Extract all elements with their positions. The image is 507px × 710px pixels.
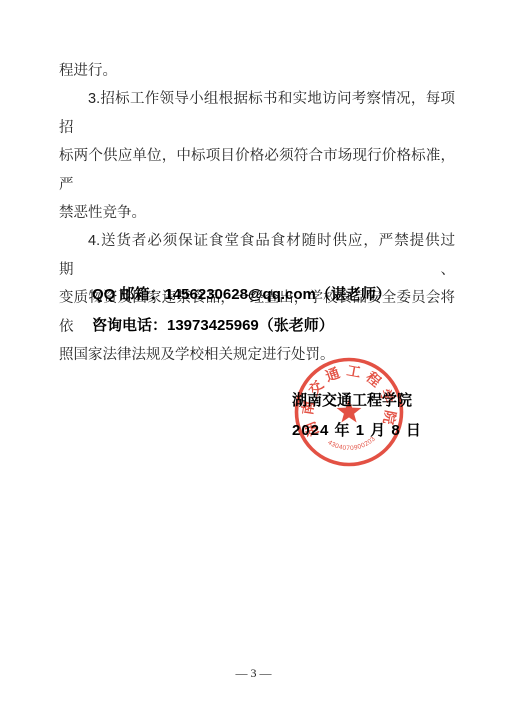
body-line: 禁恶性竞争。 (59, 199, 455, 227)
page-number: — 3 — (0, 666, 507, 681)
body-line: 标两个供应单位，中标项目价格必须符合市场现行价格标准，严 (59, 142, 455, 199)
body-line: 3.招标工作领导小组根据标书和实地访问考察情况，每项招 (59, 85, 455, 142)
document-page: 程进行。 3.招标工作领导小组根据标书和实地访问考察情况，每项招 标两个供应单位… (0, 0, 507, 710)
body-line: 程进行。 (59, 57, 455, 85)
signature-date: 2024 年 1 月 8 日 (292, 419, 422, 440)
official-seal-stamp: 湖南交通工程学院 4304070900203 (269, 332, 429, 492)
body-line: 4.送货者必须保证食堂食品食材随时供应，严禁提供过期、 (59, 227, 455, 284)
signature-org-name: 湖南交通工程学院 (292, 389, 412, 410)
seal-icon: 湖南交通工程学院 4304070900203 (269, 332, 429, 492)
contact-email-line: QQ 邮箱：1456230628@qq.com（谌老师） (92, 280, 391, 311)
